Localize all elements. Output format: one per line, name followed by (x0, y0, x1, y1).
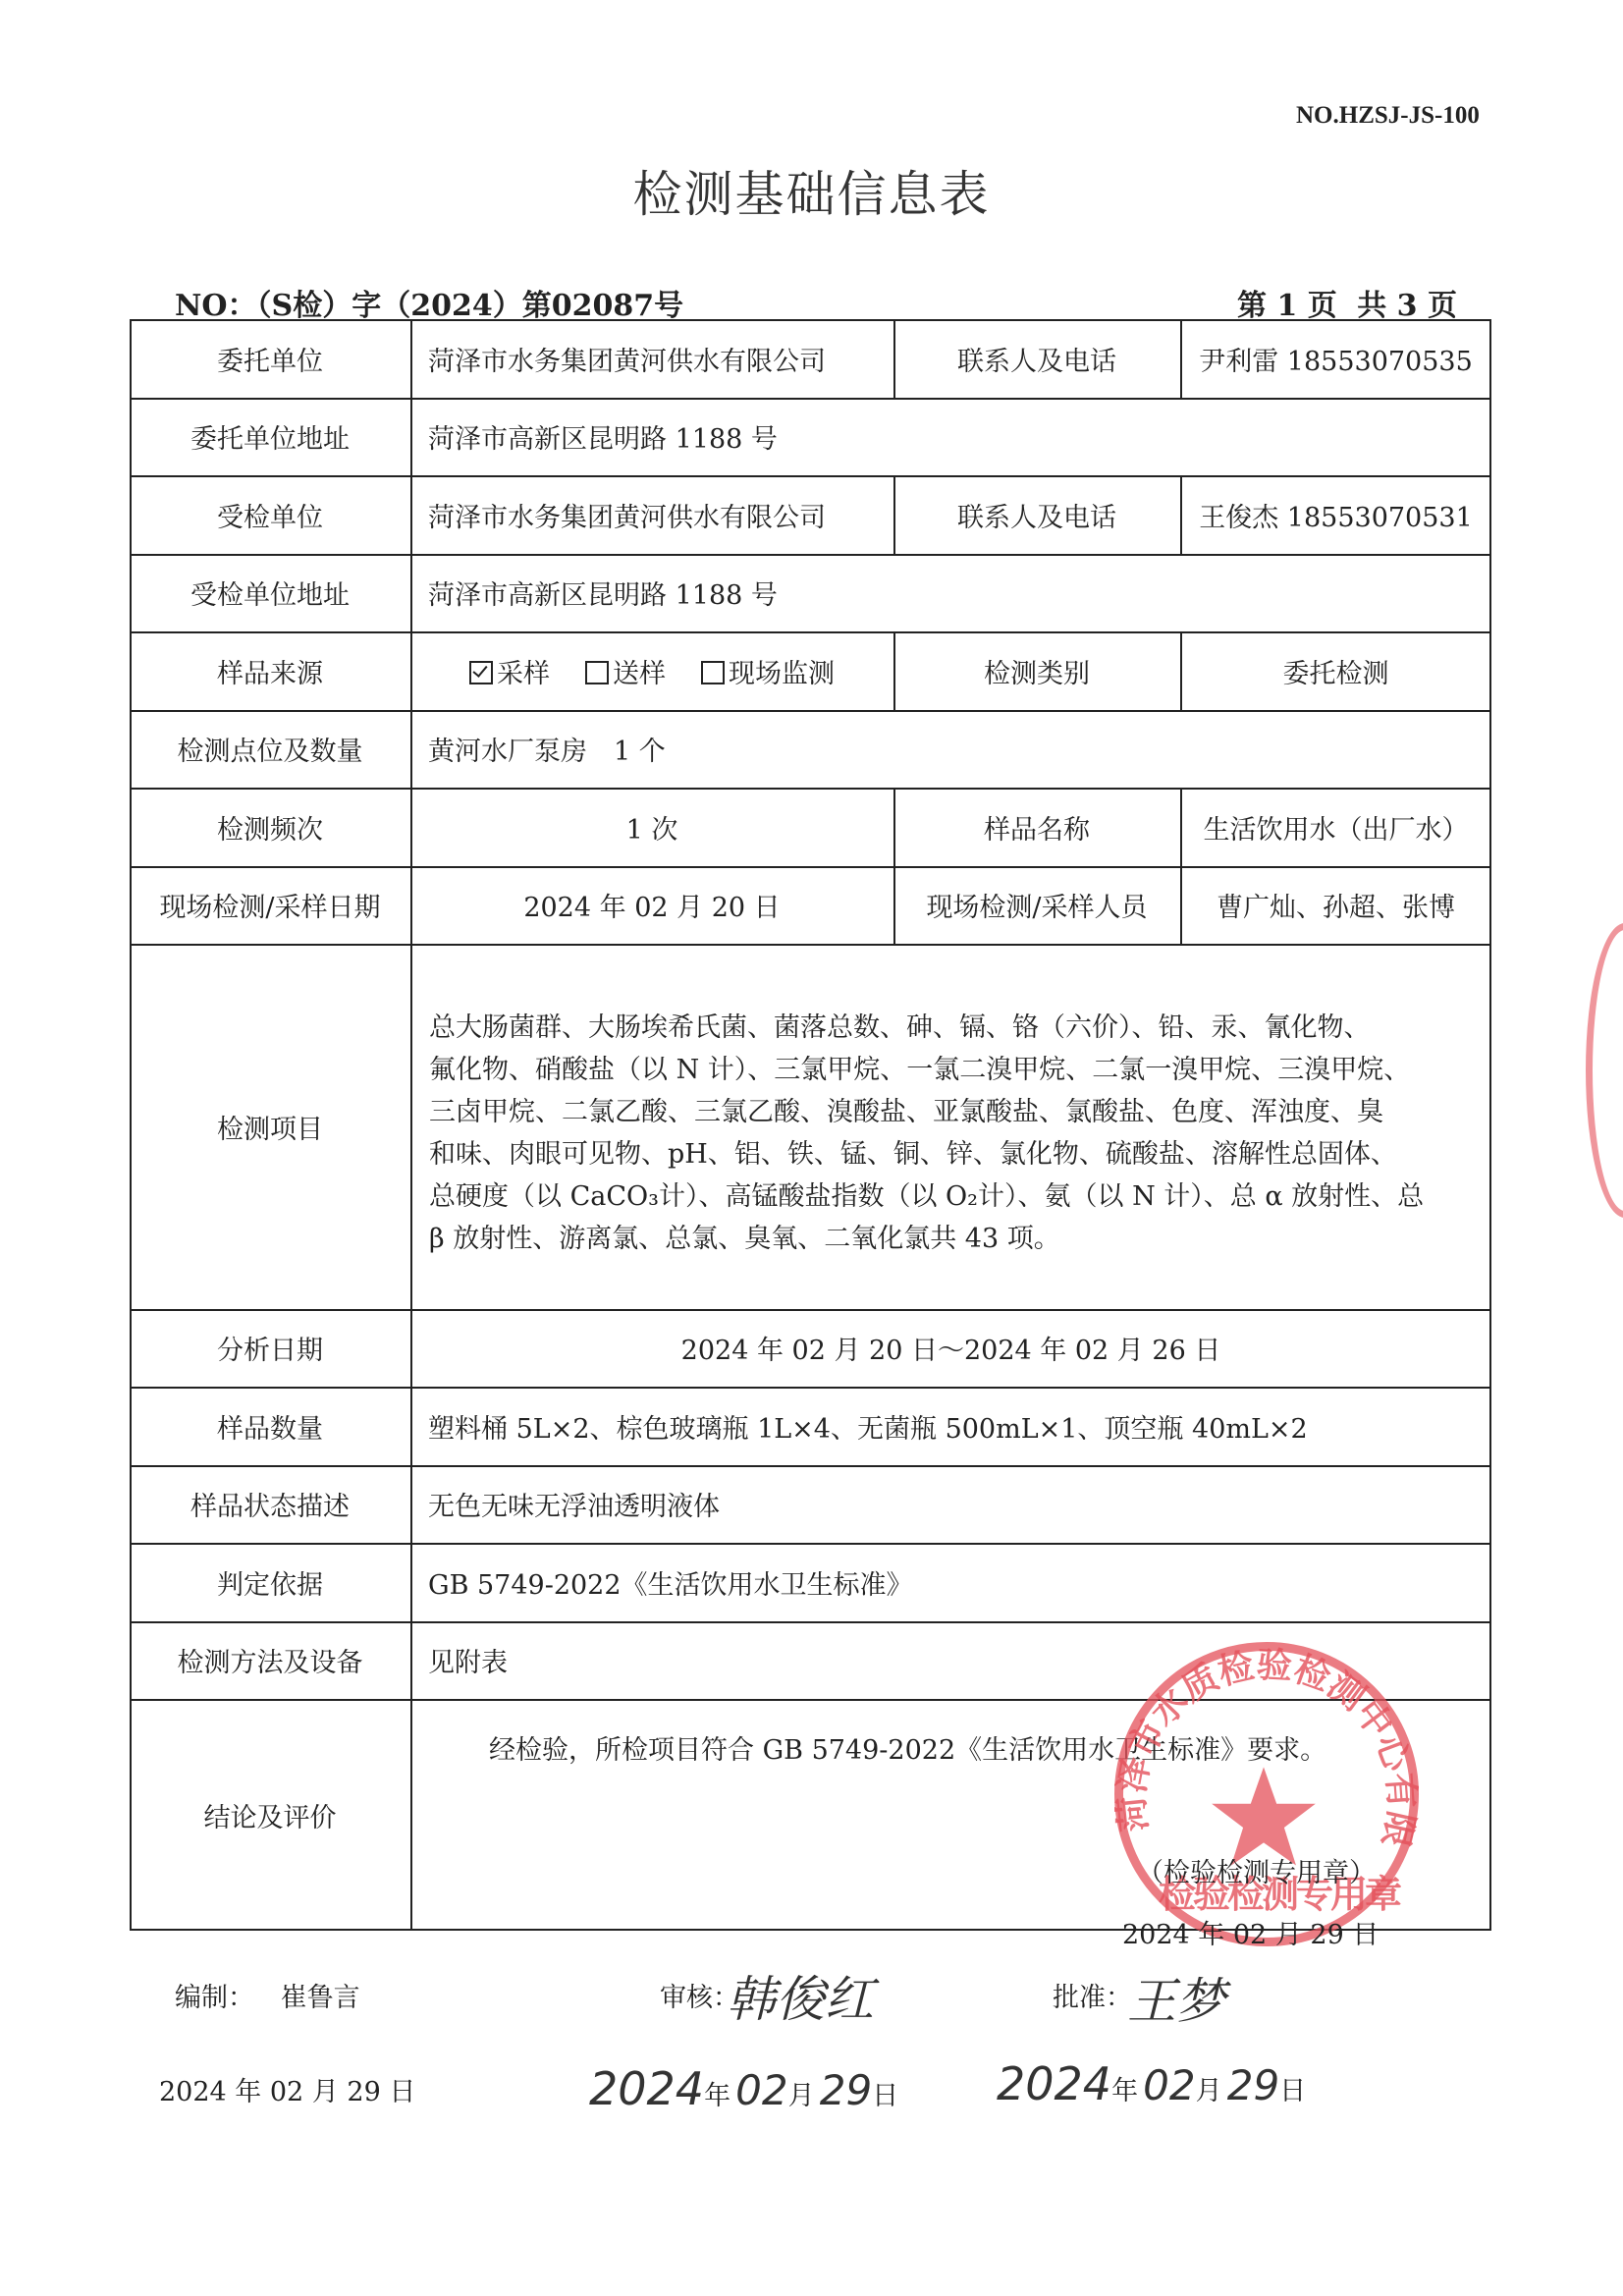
label-test-items: 检测项目 (130, 944, 410, 1309)
test-items-list: 总大肠菌群、大肠埃希氏菌、菌落总数、砷、镉、铬（六价）、铅、汞、氰化物、 氟化物… (429, 1007, 1480, 1260)
items-line: 氟化物、硝酸盐（以 N 计）、三氯甲烷、一氯二溴甲烷、二氯一溴甲烷、三溴甲烷、 (429, 1049, 1480, 1091)
approved-year: 2024 (997, 2057, 1111, 2110)
page-current: 第 1 页 (1237, 289, 1337, 323)
value-test-category: 委托检测 (1180, 631, 1491, 710)
label-sample-state: 样品状态描述 (130, 1465, 410, 1543)
value-client-contact: 尹利雷 18553070535 (1180, 319, 1491, 398)
label-sampling-staff: 现场检测/采样人员 (893, 866, 1180, 944)
unit-day: 日 (1279, 2076, 1306, 2106)
value-client-address: 菏泽市高新区昆明路 1188 号 (410, 398, 1491, 475)
unit-month: 月 (788, 2081, 815, 2111)
label-judgement-basis: 判定依据 (130, 1543, 410, 1621)
value-test-points: 黄河水厂泵房 1 个 (410, 710, 1491, 788)
checkbox-unchecked-icon[interactable] (585, 661, 609, 684)
label-sample-quantity: 样品数量 (130, 1387, 410, 1465)
label-analysis-date: 分析日期 (130, 1309, 410, 1387)
sample-source-options: 采样 送样 现场监测 (410, 631, 893, 710)
unit-month: 月 (1196, 2076, 1222, 2106)
compiled-date: 2024 年 02 月 29 日 (159, 2070, 415, 2108)
value-frequency: 1 次 (410, 788, 893, 866)
reviewed-date: 2024年 02月 29日 (589, 2062, 898, 2115)
compiled-by: 编制： 崔鲁言 (175, 1976, 360, 2014)
value-sampling-staff: 曹广灿、孙超、张博 (1180, 866, 1491, 944)
value-client-unit: 菏泽市水务集团黄河供水有限公司 (410, 319, 893, 398)
option-delivered[interactable]: 送样 (585, 652, 666, 690)
items-line: 总大肠菌群、大肠埃希氏菌、菌落总数、砷、镉、铬（六价）、铅、汞、氰化物、 (429, 1007, 1480, 1049)
items-line: β 放射性、游离氯、总氯、臭氧、二氧化氯共 43 项。 (429, 1218, 1480, 1260)
reviewed-month: 02 (735, 2066, 787, 2114)
compiled-label: 编制： (175, 1983, 254, 2013)
label-sample-name: 样品名称 (893, 788, 1180, 866)
option-sampling[interactable]: 采样 (469, 652, 550, 690)
items-line: 三卤甲烷、二氯乙酸、三氯乙酸、溴酸盐、亚氯酸盐、氯酸盐、色度、浑浊度、臭 (429, 1091, 1480, 1133)
value-inspected-address: 菏泽市高新区昆明路 1188 号 (410, 554, 1491, 631)
unit-year: 年 (1111, 2076, 1138, 2106)
label-test-points: 检测点位及数量 (130, 710, 410, 788)
reviewer-signature: 韩俊红 (727, 1960, 874, 2031)
label-test-category: 检测类别 (893, 631, 1180, 710)
label-inspected-address: 受检单位地址 (130, 554, 410, 631)
label-inspected-unit: 受检单位 (130, 475, 410, 554)
value-judgement-basis: GB 5749-2022《生活饮用水卫生标准》 (410, 1543, 1491, 1621)
value-inspected-unit: 菏泽市水务集团黄河供水有限公司 (410, 475, 893, 554)
label-client-address: 委托单位地址 (130, 398, 410, 475)
value-inspected-contact: 王俊杰 18553070531 (1180, 475, 1491, 554)
value-analysis-date: 2024 年 02 月 20 日～2024 年 02 月 26 日 (410, 1309, 1491, 1387)
option-label: 现场监测 (729, 652, 835, 690)
option-label: 送样 (613, 652, 666, 690)
approved-label: 批准： (1053, 1976, 1132, 2014)
checkbox-unchecked-icon[interactable] (701, 661, 725, 684)
unit-day: 日 (872, 2081, 898, 2111)
report-number: NO：（S检）字（2024）第02087号 (175, 281, 683, 324)
approved-day: 29 (1227, 2061, 1279, 2109)
value-sampling-date: 2024 年 02 月 20 日 (410, 866, 893, 944)
page-info: 第 1 页 共 3 页 (1227, 281, 1457, 324)
page-total: 共 3 页 (1357, 289, 1457, 323)
seal-date: 2024 年 02 月 29 日 (1122, 1913, 1379, 1951)
label-client-unit: 委托单位 (130, 319, 410, 398)
page-title: 检测基础信息表 (0, 155, 1623, 226)
unit-year: 年 (704, 2081, 730, 2111)
label-inspected-contact: 联系人及电话 (893, 475, 1180, 554)
option-label: 采样 (497, 652, 550, 690)
document-code: NO.HZSJ-JS-100 (1296, 102, 1480, 130)
approved-month: 02 (1143, 2061, 1195, 2109)
label-sampling-date: 现场检测/采样日期 (130, 866, 410, 944)
label-sample-source: 样品来源 (130, 631, 410, 710)
option-onsite[interactable]: 现场监测 (701, 652, 835, 690)
label-conclusion: 结论及评价 (130, 1699, 410, 1931)
label-frequency: 检测频次 (130, 788, 410, 866)
cross-page-seal-stamp (1586, 923, 1623, 1218)
reviewed-year: 2024 (589, 2062, 704, 2115)
value-sample-name: 生活饮用水（出厂水） (1180, 788, 1491, 866)
reviewed-day: 29 (820, 2066, 872, 2114)
items-line: 总硬度（以 CaCO₃计）、高锰酸盐指数（以 O₂计）、氨（以 N 计）、总 α… (429, 1175, 1480, 1218)
compiled-name: 崔鲁言 (281, 1983, 360, 2013)
label-client-contact: 联系人及电话 (893, 319, 1180, 398)
label-test-method: 检测方法及设备 (130, 1621, 410, 1699)
value-sample-quantity: 塑料桶 5L×2、棕色玻璃瓶 1L×4、无菌瓶 500mL×1、顶空瓶 40mL… (410, 1387, 1491, 1465)
approver-signature: 王梦 (1127, 1962, 1225, 2033)
approved-date: 2024年 02月 29日 (997, 2057, 1306, 2110)
checkbox-checked-icon[interactable] (469, 661, 493, 684)
seal-label: （检验检测专用章） (1137, 1851, 1376, 1889)
items-line: 和味、肉眼可见物、pH、铝、铁、锰、铜、锌、氯化物、硫酸盐、溶解性总固体、 (429, 1133, 1480, 1175)
value-sample-state: 无色无味无浮油透明液体 (410, 1465, 1491, 1543)
